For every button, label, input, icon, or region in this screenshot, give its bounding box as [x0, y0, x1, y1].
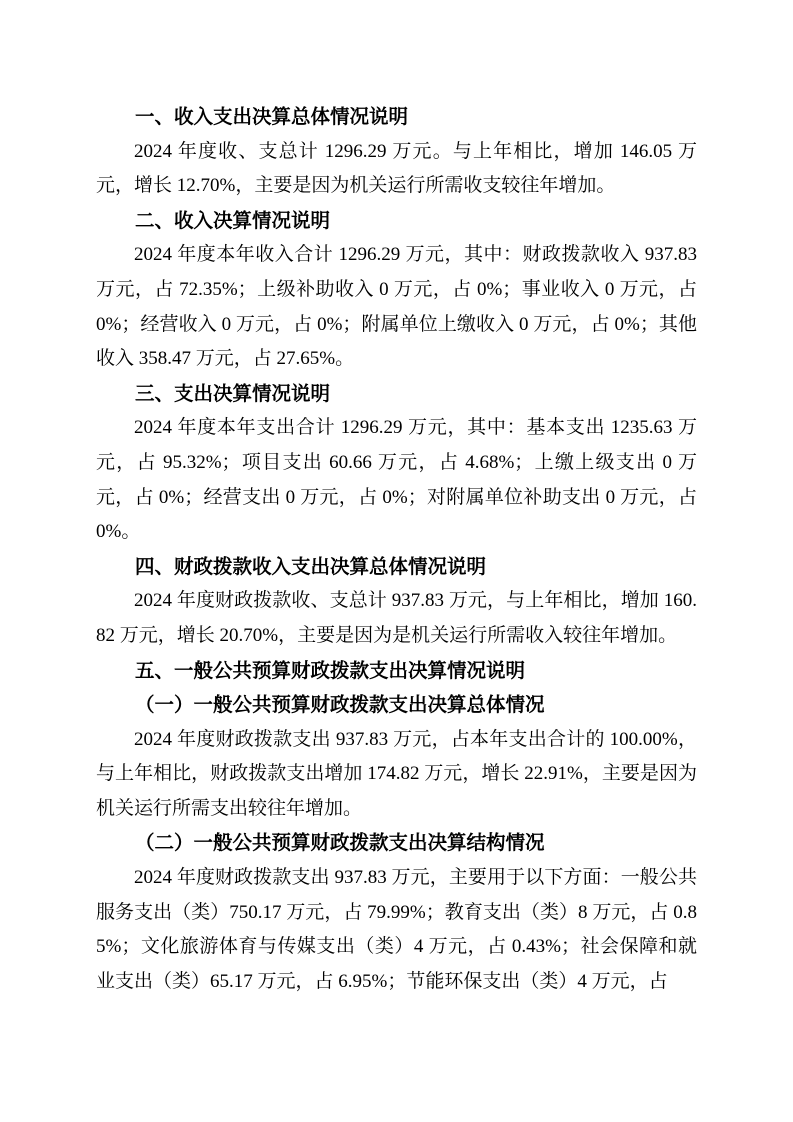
section-4-paragraph: 2024 年度财政拨款收、支总计 937.83 万元，与上年相比，增加 160.…	[96, 584, 697, 653]
section-1-paragraph: 2024 年度收、支总计 1296.29 万元。与上年相比，增加 146.05 …	[96, 135, 697, 204]
section-3-paragraph: 2024 年度本年支出合计 1296.29 万元，其中：基本支出 1235.63…	[96, 411, 697, 549]
section-3-heading: 三、支出决算情况说明	[96, 377, 697, 412]
section-5-heading: 五、一般公共预算财政拨款支出决算情况说明	[96, 654, 697, 689]
document-content: 一、收入支出决算总体情况说明 2024 年度收、支总计 1296.29 万元。与…	[96, 100, 697, 999]
section-2-heading: 二、收入决算情况说明	[96, 204, 697, 239]
section-5-1-subheading: （一）一般公共预算财政拨款支出决算总体情况	[96, 688, 697, 723]
section-1-heading: 一、收入支出决算总体情况说明	[96, 100, 697, 135]
section-5-2-paragraph: 2024 年度财政拨款支出 937.83 万元，主要用于以下方面：一般公共服务支…	[96, 861, 697, 999]
section-4-heading: 四、财政拨款收入支出决算总体情况说明	[96, 550, 697, 585]
section-5-1-paragraph: 2024 年度财政拨款支出 937.83 万元，占本年支出合计的 100.00%…	[96, 723, 697, 827]
section-5-2-subheading: （二）一般公共预算财政拨款支出决算结构情况	[96, 826, 697, 861]
document-page: 一、收入支出决算总体情况说明 2024 年度收、支总计 1296.29 万元。与…	[0, 0, 793, 1122]
section-2-paragraph: 2024 年度本年收入合计 1296.29 万元，其中：财政拨款收入 937.8…	[96, 238, 697, 376]
